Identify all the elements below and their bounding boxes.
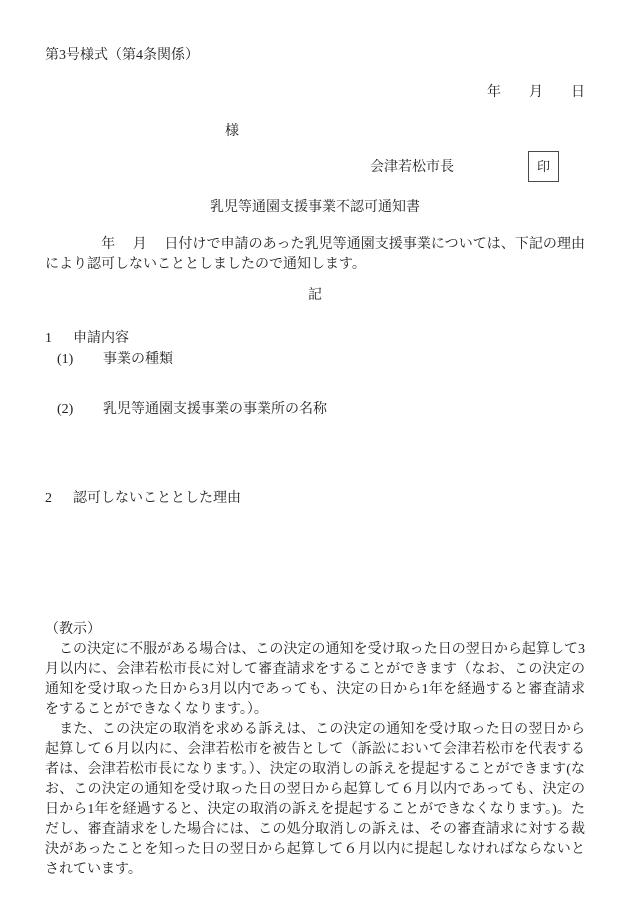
- addressee-honorific: 様: [225, 122, 239, 142]
- item-number: (2): [57, 400, 103, 420]
- date-line: 年 月 日: [45, 83, 585, 103]
- section-application-contents: 1申請内容: [45, 329, 129, 349]
- item-label: 事業の種類: [103, 352, 173, 367]
- item-office-name: (2)乳児等通園支援事業の事業所の名称: [57, 400, 327, 420]
- seal-box: 印: [528, 151, 559, 182]
- appeal-instructions: （教示） この決定に不服がある場合は、この決定の通知を受け取った日の翌日から起算…: [45, 620, 585, 880]
- section-number: 2: [45, 489, 73, 509]
- item-business-type: (1)事業の種類: [57, 350, 173, 370]
- notification-body: 年 月 日付けで申請のあった乳児等通園支援事業については、下記の理由により認可し…: [45, 235, 585, 275]
- appeal-instructions-paragraph: この決定に不服がある場合は、この決定の通知を受け取った日の翌日から起算して3月以…: [45, 640, 585, 720]
- form-number-label: 第3号様式（第4条関係）: [45, 46, 199, 66]
- sender-name: 会津若松市長: [370, 158, 454, 178]
- document-page: 第3号様式（第4条関係） 年 月 日 様 会津若松市長 印 乳児等通園支援事業不…: [0, 0, 630, 903]
- item-label: 乳児等通園支援事業の事業所の名称: [103, 402, 327, 417]
- section-heading: 認可しないこととした理由: [73, 491, 241, 506]
- section-refusal-reason: 2認可しないこととした理由: [45, 489, 241, 509]
- record-marker: 記: [45, 286, 585, 306]
- section-heading: 申請内容: [73, 331, 129, 346]
- section-number: 1: [45, 329, 73, 349]
- appeal-instructions-heading: （教示）: [45, 620, 585, 640]
- item-number: (1): [57, 350, 103, 370]
- document-title: 乳児等通園支援事業不認可通知書: [45, 198, 585, 218]
- appeal-instructions-paragraph: また、この決定の取消を求める訴えは、この決定の通知を受け取った日の翌日から起算し…: [45, 720, 585, 880]
- seal-label: 印: [537, 157, 550, 177]
